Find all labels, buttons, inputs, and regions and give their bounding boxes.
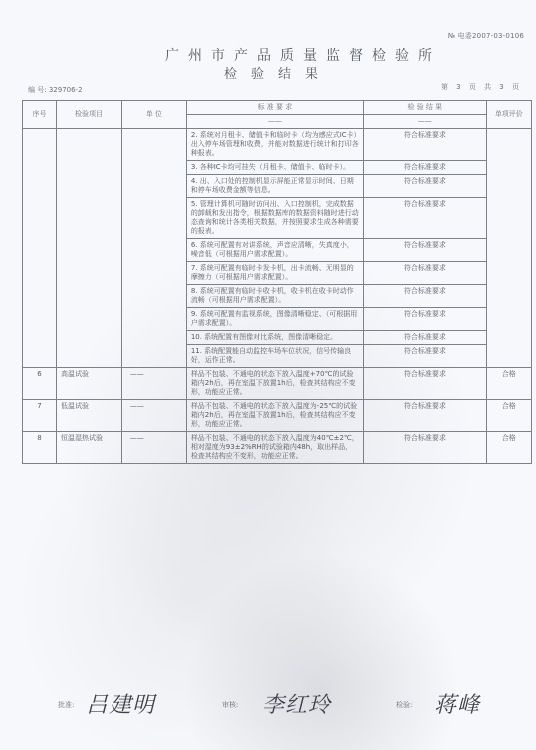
cell-result: 符合标准要求 <box>364 175 487 198</box>
approve-signature: 吕建明 <box>86 688 155 719</box>
cell-standard: 11. 系统配置能自动监控车场车位状况，信号传输良好，运作正常。 <box>186 345 363 368</box>
inspect-label: 检验: <box>396 700 412 710</box>
cell-unit <box>121 129 186 368</box>
cell-unit: —— <box>121 432 186 464</box>
serial-label: 编 号: <box>28 86 47 94</box>
header-seq: 序号 <box>23 101 57 129</box>
cell-seq: 8 <box>23 432 57 464</box>
cell-item <box>57 129 122 368</box>
cell-result: 符合标准要求 <box>364 262 487 285</box>
organization-name: 广州市产品质量监督检验所 <box>0 45 536 65</box>
header-evaluation: 单项评价 <box>486 101 531 129</box>
cell-standard: 8. 系统可配置有临时卡收卡机，收卡机在收卡时动作流畅（可根据用户需求配置）。 <box>186 285 363 308</box>
header-item: 检验项目 <box>57 101 122 129</box>
cell-result: 符合标准要求 <box>364 432 487 464</box>
subheader-standard: —— <box>186 115 363 129</box>
cell-result: 符合标准要求 <box>364 345 487 368</box>
cell-result: 符合标准要求 <box>364 161 487 175</box>
cell-standard: 10. 系统配置有图像对比系统，图像清晰稳定。 <box>186 331 363 345</box>
cell-result: 符合标准要求 <box>364 285 487 308</box>
document-number: № 电委2007-03-0106 <box>448 31 524 41</box>
cell-standard: 2. 系统对月租卡、储值卡和临时卡（均为感应式IC卡）出入停车场管理和收费，并能… <box>186 129 363 161</box>
cell-standard: 9. 系统可配置有监视系统，图像清晰稳定、（可根据用户需求配置）。 <box>186 308 363 331</box>
cell-standard: 4. 出、入口处的控制机显示屏能正常显示时间、日期和停车场收费金额等信息。 <box>186 175 363 198</box>
page-indicator: 第 3 页 共 3 页 <box>441 82 522 92</box>
cell-result: 符合标准要求 <box>364 308 487 331</box>
inspection-report-page: № 电委2007-03-0106 广州市产品质量监督检验所 检验结果 编 号: … <box>0 0 536 750</box>
cell-item: 低温试验 <box>57 400 122 432</box>
review-label: 审核: <box>222 700 238 710</box>
cell-evaluation: 合格 <box>486 400 531 432</box>
cell-result: 符合标准要求 <box>364 400 487 432</box>
results-table: 序号 检验项目 单 位 标 准 要 求 检 验 结 果 单项评价 —— —— 2… <box>22 100 532 464</box>
cell-seq: 6 <box>23 368 57 400</box>
cell-seq: 7 <box>23 400 57 432</box>
cell-seq <box>23 129 57 368</box>
serial-number: 编 号: 329706-2 <box>28 85 83 95</box>
serial-value: 329706-2 <box>49 86 83 94</box>
cell-result: 符合标准要求 <box>364 239 487 262</box>
table-header-row: 序号 检验项目 单 位 标 准 要 求 检 验 结 果 单项评价 <box>23 101 532 115</box>
cell-result: 符合标准要求 <box>364 198 487 239</box>
table-row: 7低温试验——样品不包装、不通电的状态下放入温度为-25℃的试验箱内2h后，再在… <box>23 400 532 432</box>
review-signature: 李红玲 <box>262 688 331 719</box>
approve-label: 批准: <box>58 700 74 710</box>
inspect-signature: 蒋峰 <box>434 688 480 719</box>
header-unit: 单 位 <box>121 101 186 129</box>
cell-standard: 3. 各种IC卡均可挂失（月租卡、储值卡、临时卡）。 <box>186 161 363 175</box>
cell-standard: 样品不包装、不通电的状态下放入温度为40℃±2℃，相对湿度为93±2%RH的试验… <box>186 432 363 464</box>
cell-item: 高温试验 <box>57 368 122 400</box>
cell-standard: 样品不包装、不通电的状态下放入温度为-25℃的试验箱内2h后，再在室温下放置1h… <box>186 400 363 432</box>
cell-result: 符合标准要求 <box>364 368 487 400</box>
report-title: 检验结果 <box>0 63 536 82</box>
cell-evaluation: 合格 <box>486 368 531 400</box>
cell-standard: 7. 系统可配置有临时卡发卡机，出卡流畅、无明显的摩擦力（可根据用户需求配置）。 <box>186 262 363 285</box>
cell-result: 符合标准要求 <box>364 129 487 161</box>
cell-result: 符合标准要求 <box>364 331 487 345</box>
header-standard: 标 准 要 求 <box>186 101 363 115</box>
subheader-result: —— <box>364 115 487 129</box>
cell-standard: 5. 管理计算机可随时访问出、入口控制机，完成数据的卸载和发出指令，根据数据库的… <box>186 198 363 239</box>
table-row: 6高温试验——样品不包装、不通电的状态下放入温度+70℃的试验箱内2h后，再在室… <box>23 368 532 400</box>
table-row: 8恒温湿热试验——样品不包装、不通电的状态下放入温度为40℃±2℃，相对湿度为9… <box>23 432 532 464</box>
header-result: 检 验 结 果 <box>364 101 487 115</box>
cell-standard: 样品不包装、不通电的状态下放入温度+70℃的试验箱内2h后，再在室温下放置1h后… <box>186 368 363 400</box>
cell-evaluation: 合格 <box>486 432 531 464</box>
cell-standard: 6. 系统可配置有对讲系统，声音应清晰，失真度小，噪音低（可根据用户需求配置）。 <box>186 239 363 262</box>
cell-unit: —— <box>121 368 186 400</box>
cell-evaluation <box>486 129 531 368</box>
table-row: 2. 系统对月租卡、储值卡和临时卡（均为感应式IC卡）出入停车场管理和收费，并能… <box>23 129 532 161</box>
cell-unit: —— <box>121 400 186 432</box>
cell-item: 恒温湿热试验 <box>57 432 122 464</box>
